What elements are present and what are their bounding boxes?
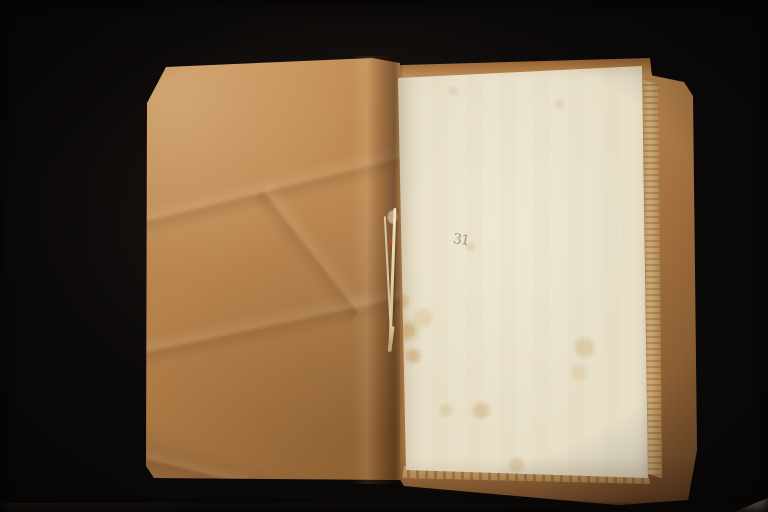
pencil-mark: 31 bbox=[452, 231, 470, 249]
cover-corner-fold bbox=[135, 445, 249, 495]
right-page: 31 bbox=[398, 62, 650, 482]
binding-thread bbox=[383, 208, 403, 358]
thread-accent bbox=[388, 238, 392, 245]
photo-frame: 31 bbox=[0, 0, 768, 512]
table-edge-strip bbox=[0, 503, 768, 512]
